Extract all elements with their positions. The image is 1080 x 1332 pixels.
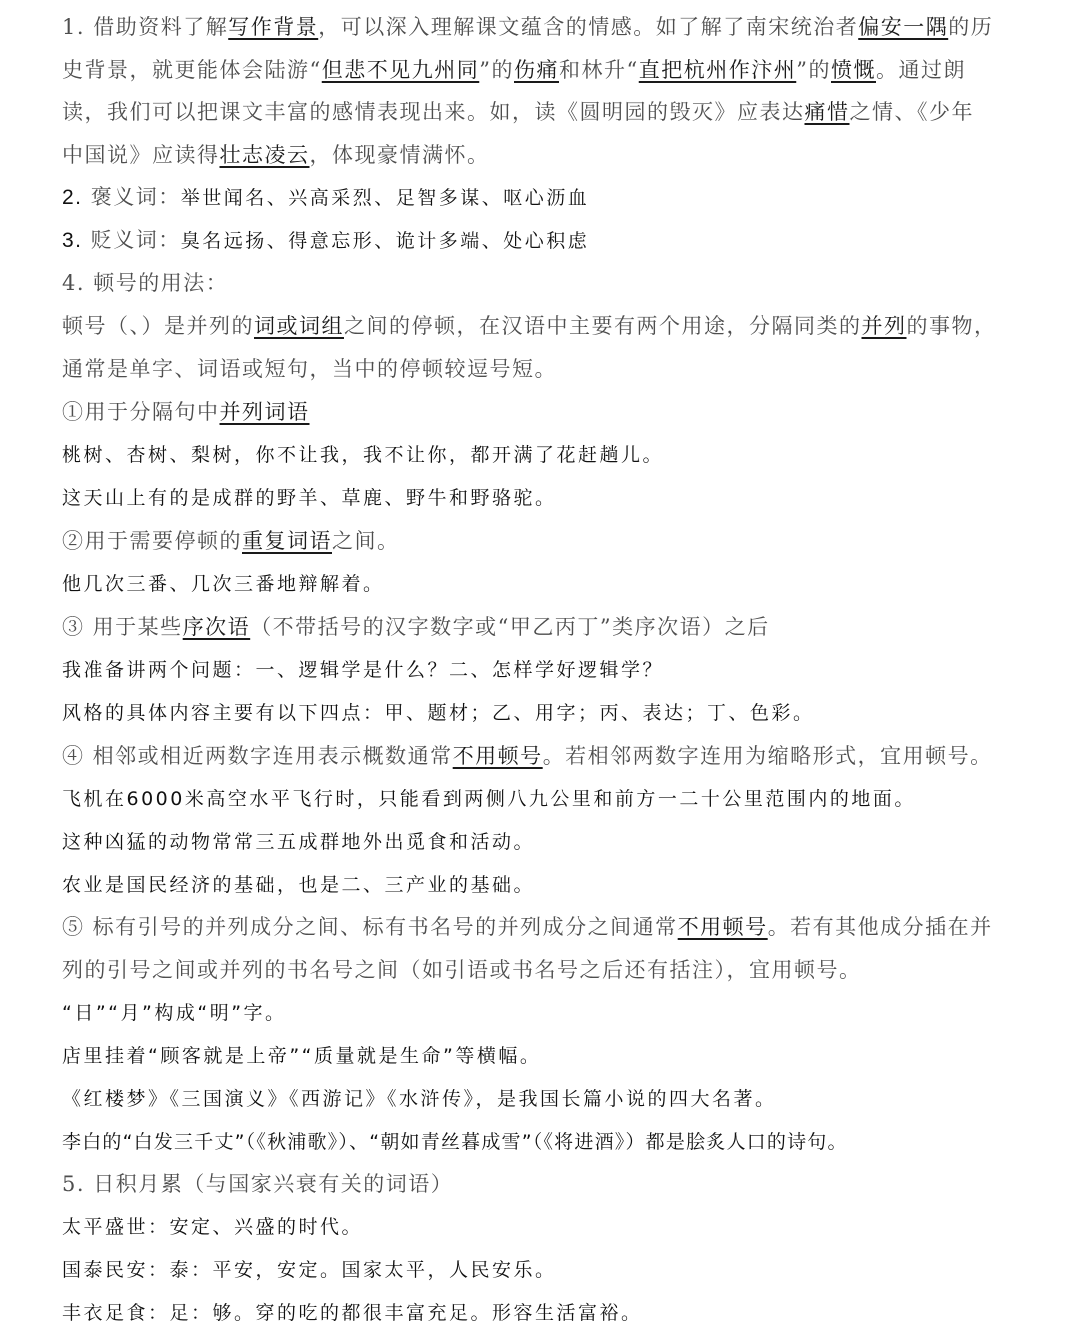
- word-list: 臭名远扬、得意忘形、诡计多端、处心积虑: [181, 230, 590, 252]
- text: ④ 相邻或相近两数字连用表示概数通常: [62, 744, 453, 768]
- rule-1-example-1: 桃树、杏树、梨树，你不让我，我不让你，都开满了花赶趟儿。: [62, 442, 664, 468]
- underlined-key-phrase: 不用顿号: [678, 915, 768, 939]
- section-4-intro-line-1: 顿号（、）是并列的词或词组之间的停顿，在汉语中主要有两个用途，分隔同类的并列的事…: [62, 313, 997, 339]
- section-5-heading: 5. 日积月累（与国家兴衰有关的词语）: [62, 1171, 453, 1197]
- rule-5-example-1: “日”“月”构成“明”字。: [62, 1000, 287, 1026]
- word-list: 举世闻名、兴高采烈、足智多谋、呕心沥血: [181, 187, 590, 209]
- derogatory-words-line: 3. 贬义词：臭名远扬、得意忘形、诡计多端、处心积虑: [62, 227, 589, 254]
- rule-2-example-1: 他几次三番、几次三番地辩解着。: [62, 571, 385, 597]
- rule-4-heading: ④ 相邻或相近两数字连用表示概数通常不用顿号。若相邻两数字连用为缩略形式，宜用顿…: [62, 743, 993, 769]
- section-4-intro-line-2: 通常是单字、词语或短句，当中的停顿较逗号短。: [62, 356, 557, 382]
- text: 之情、《少年: [850, 100, 975, 124]
- label: 贬义词：: [83, 228, 181, 252]
- underlined-key-phrase: 并列: [862, 314, 907, 338]
- label: 褒义词：: [83, 185, 181, 209]
- text: 之间。: [332, 529, 400, 553]
- underlined-key-phrase: 但悲不见九州同: [322, 58, 480, 82]
- text: 。若有其他成分插在并: [768, 915, 993, 939]
- rule-5-example-3: 《红楼梦》《三国演义》《西游记》《水浒传》，是我国长篇小说的四大名著。: [62, 1086, 777, 1112]
- rule-4-example-3: 农业是国民经济的基础，也是二、三产业的基础。: [62, 872, 535, 898]
- text: 之间的停顿，在汉语中主要有两个用途，分隔同类的: [344, 314, 862, 338]
- text: 史背景，就更能体会陆游“: [62, 58, 322, 82]
- rule-4-example-1: 飞机在6000米高空水平飞行时，只能看到两侧八九公里和前方一二十公里范围内的地面…: [62, 786, 916, 812]
- underlined-key-phrase: 序次语: [183, 615, 251, 639]
- underlined-key-phrase: 伤痛: [514, 58, 559, 82]
- rule-5-heading-line-1: ⑤ 标有引号的并列成分之间、标有书名号的并列成分之间通常不用顿号。若有其他成分插…: [62, 914, 993, 940]
- text: ，可以深入理解课文蕴含的情感。如了解了南宋统治者: [318, 15, 858, 39]
- underlined-key-phrase: 偏安一隅: [858, 15, 948, 39]
- underlined-key-phrase: 重复词语: [242, 529, 332, 553]
- underlined-key-phrase: 不用顿号: [453, 744, 543, 768]
- text: ③ 用于某些: [62, 615, 183, 639]
- text: ，体现豪情满怀。: [310, 143, 490, 167]
- text: ”的: [796, 58, 831, 82]
- rule-5-example-2: 店里挂着“顾客就是上帝”“质量就是生命”等横幅。: [62, 1043, 541, 1069]
- rule-3-heading: ③ 用于某些序次语（不带括号的汉字数字或“甲乙丙丁”类序次语）之后: [62, 614, 770, 640]
- rule-5-example-4: 李白的“白发三千丈”（《秋浦歌》）、“朝如青丝暮成雪”（《将进酒》）都是脍炙人口…: [62, 1129, 848, 1155]
- text: （不带括号的汉字数字或“甲乙丙丁”类序次语）之后: [250, 615, 769, 639]
- text: 顿号（、）是并列的: [62, 314, 254, 338]
- rule-1-heading: ①用于分隔句中并列词语: [62, 399, 310, 425]
- text: 。若相邻两数字连用为缩略形式，宜用顿号。: [543, 744, 993, 768]
- item-number: 3.: [62, 229, 83, 252]
- text: ①用于分隔句中: [62, 400, 220, 424]
- underlined-key-phrase: 写作背景: [228, 15, 318, 39]
- rule-3-example-1: 我准备讲两个问题：一、逻辑学是什么？二、怎样学好逻辑学？: [62, 657, 664, 683]
- text: ”的: [479, 58, 514, 82]
- paragraph-1-line-2: 史背景，就更能体会陆游“但悲不见九州同”的伤痛和林升“直把杭州作汴州”的愤慨。通…: [62, 57, 966, 83]
- text: 和林升“: [559, 58, 639, 82]
- paragraph-1-line-3: 读，我们可以把课文丰富的感情表现出来。如，读《圆明园的毁灭》应表达痛惜之情、《少…: [62, 99, 974, 125]
- rule-4-example-2: 这种凶猛的动物常常三五成群地外出觅食和活动。: [62, 829, 535, 855]
- rule-2-heading: ②用于需要停顿的重复词语之间。: [62, 528, 400, 554]
- underlined-key-phrase: 愤慨: [831, 58, 876, 82]
- rule-5-heading-line-2: 列的引号之间或并列的书名号之间（如引语或书名号之后还有括注），宜用顿号。: [62, 957, 862, 983]
- idiom-definition-2: 国泰民安：泰：平安，安定。国家太平，人民安乐。: [62, 1257, 557, 1283]
- text: 中国说》应读得: [62, 143, 220, 167]
- section-4-heading: 4. 顿号的用法：: [62, 270, 228, 296]
- text: ⑤ 标有引号的并列成分之间、标有书名号的并列成分之间通常: [62, 915, 678, 939]
- text: 的历: [948, 15, 993, 39]
- paragraph-1-line-1: 1. 借助资料了解写作背景，可以深入理解课文蕴含的情感。如了解了南宋统治者偏安一…: [62, 14, 993, 40]
- text: 的事物，: [907, 314, 997, 338]
- paragraph-1-line-4: 中国说》应读得壮志凌云，体现豪情满怀。: [62, 142, 490, 168]
- idiom-definition-1: 太平盛世：安定、兴盛的时代。: [62, 1214, 363, 1240]
- commendatory-words-line: 2. 褒义词：举世闻名、兴高采烈、足智多谋、呕心沥血: [62, 184, 589, 211]
- item-number: 2.: [62, 186, 83, 209]
- underlined-key-phrase: 痛惜: [805, 100, 850, 124]
- rule-1-example-2: 这天山上有的是成群的野羊、草鹿、野牛和野骆驼。: [62, 485, 557, 511]
- underlined-key-phrase: 直把杭州作汴州: [639, 58, 797, 82]
- text: 读，我们可以把课文丰富的感情表现出来。如，读《圆明园的毁灭》应表达: [62, 100, 805, 124]
- rule-3-example-2: 风格的具体内容主要有以下四点：甲、题材；乙、用字；丙、表达；丁、色彩。: [62, 700, 815, 726]
- text: ②用于需要停顿的: [62, 529, 242, 553]
- text: 1. 借助资料了解: [62, 15, 228, 39]
- underlined-key-phrase: 词或词组: [254, 314, 344, 338]
- text: 。通过朗: [876, 58, 966, 82]
- underlined-key-phrase: 并列词语: [220, 400, 310, 424]
- underlined-key-phrase: 壮志凌云: [220, 143, 310, 167]
- idiom-definition-3: 丰衣足食：足：够。穿的吃的都很丰富充足。形容生活富裕。: [62, 1300, 643, 1326]
